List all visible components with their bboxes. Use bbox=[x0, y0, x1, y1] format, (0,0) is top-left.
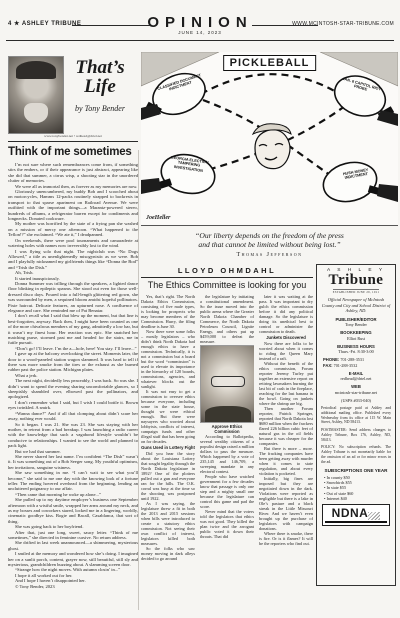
article-body: Yes, that’s right. The North Dakota Ethi… bbox=[141, 294, 313, 614]
column-rule bbox=[8, 141, 138, 142]
hours-value: Thurs.-Fri. 8:30-3:00 bbox=[321, 349, 391, 354]
body-paragraph: So it began. I was 21. She was 23. She w… bbox=[8, 422, 138, 449]
column-title-line1: That’s bbox=[62, 58, 138, 77]
web-address: mcintosh-star-tribune.net bbox=[321, 390, 391, 395]
left-column-headline: Think of me sometimes bbox=[8, 146, 140, 158]
article-paragraph: the legislature by initiating a constitu… bbox=[200, 294, 254, 344]
body-paragraph: © Tony Bender, 2023 bbox=[8, 584, 138, 589]
editorial-cartoon: PICKLEBALL Classified Document Indictmen… bbox=[141, 52, 398, 226]
lloyd-ohmdahl-photo bbox=[200, 345, 254, 423]
article-column-2: the legislature by initiating a constitu… bbox=[200, 294, 254, 614]
ndna-logo-bar bbox=[325, 521, 387, 524]
article-paragraph: But there is more – more. The fracking c… bbox=[259, 446, 313, 476]
article-subhead: Approve Ethics Commission bbox=[200, 424, 254, 434]
header-rule-right bbox=[252, 25, 318, 26]
article-paragraph: Then another Forum reporter, Patrick Spr… bbox=[259, 406, 313, 446]
body-paragraph: I’m not sure where such remembrances com… bbox=[8, 162, 138, 184]
body-paragraph: She never shared her last name. I’m conf… bbox=[8, 454, 138, 470]
ndna-logo-text: NDNA bbox=[332, 506, 369, 520]
cartoon-title: PICKLEBALL bbox=[223, 55, 317, 71]
body-paragraph: She saw something in me. “I can’t wait t… bbox=[8, 470, 138, 492]
article-paragraph: later it was waiting at the pass. It was… bbox=[259, 294, 313, 334]
subscriptions-title: SUBSCRIPTIONS ONE YEAR bbox=[321, 468, 391, 474]
body-paragraph: My mother was horrified by the state of … bbox=[8, 221, 138, 237]
phone-number: 701-288-3531 bbox=[340, 357, 364, 362]
article-paragraph: According to Ballotpedia, several wealth… bbox=[200, 434, 254, 474]
publisher-name: Tony Bender bbox=[321, 322, 391, 327]
postmaster-notice: POSTMASTER: Send address changes to Ashl… bbox=[321, 428, 391, 442]
article-paragraph: As I was saying, the legislature threw a… bbox=[141, 501, 195, 546]
body-paragraph: Donna Summer was trilling through the sp… bbox=[8, 281, 138, 313]
article-paragraph: People who have watched government for a… bbox=[200, 474, 254, 509]
glasses-graphic bbox=[211, 376, 245, 387]
tony-bender-photo bbox=[8, 56, 64, 134]
usps-number: (USPS #033-040) bbox=[321, 398, 391, 403]
subscription-rates: • In county $50• Snowbirds $55• In state… bbox=[321, 475, 391, 501]
header-divider bbox=[6, 40, 394, 41]
body-paragraph: I gave up at the balcony overlooking the… bbox=[8, 351, 138, 373]
column-divider bbox=[138, 150, 139, 610]
ndna-wing-graphic bbox=[368, 512, 380, 520]
issue-date: JUNE 14, 2023 bbox=[0, 30, 400, 35]
article-paragraph: Guns Used in Lottery Fight bbox=[141, 445, 195, 450]
body-paragraph: “Wanna dance?” And if all that clomping … bbox=[8, 411, 138, 422]
article-paragraph: Without the benefit of the ethics commis… bbox=[259, 361, 313, 406]
article-paragraph: Did you hear the story about the Louisia… bbox=[141, 451, 195, 501]
pull-quote-line2: and that cannot be limited without being… bbox=[141, 240, 398, 249]
ndna-logo: NDNA bbox=[322, 504, 390, 526]
column-title: That’s Life bbox=[62, 58, 138, 96]
pull-quote-attribution: Thomas Jefferson bbox=[141, 252, 398, 258]
body-paragraph: The next night, decidedly less peaceably… bbox=[8, 378, 138, 400]
bookkeeping-name: Elliot Rust bbox=[321, 336, 391, 341]
column-title-line2: Life bbox=[62, 77, 138, 96]
phone-label: PHONE: bbox=[323, 357, 339, 362]
article-headline: The Ethics Committee is looking for you bbox=[141, 277, 313, 290]
periodical-notice: Periodical postage paid at Ashley and ad… bbox=[321, 406, 391, 425]
beard-graphic bbox=[24, 103, 48, 123]
masthead-established: ESTABLISHED JUNE 29, 1911 bbox=[333, 289, 380, 294]
body-paragraph: I don’t recall what I said that blew up … bbox=[8, 313, 138, 345]
article-paragraph: So the folks who saw money moving in dar… bbox=[141, 546, 195, 561]
article-column-1: Yes, that’s right. The North Dakota Ethi… bbox=[141, 294, 195, 614]
fax-number: 701-288-3532 bbox=[334, 363, 358, 368]
column-byline: by Tony Bender bbox=[62, 104, 138, 113]
article-paragraph: It was not easy to get a commission to o… bbox=[141, 389, 195, 444]
column-contact-line: www.tonybender.net • redhead@drtel.net bbox=[8, 134, 138, 138]
suit-graphic bbox=[205, 406, 251, 422]
article-paragraph: Initially, big fines are imposed but the… bbox=[259, 476, 313, 531]
article-paragraph: Where there is smoke, there is fire. Or … bbox=[259, 531, 313, 546]
fax-row: FAX: 701-288-3532 bbox=[321, 363, 391, 368]
cartoon-art bbox=[141, 52, 398, 225]
header-rule-left bbox=[72, 25, 150, 26]
newspaper-opinion-page: 4 ★ ASHLEY TRIBUNE OPINION JUNE 14, 2023… bbox=[0, 0, 400, 618]
body-paragraph: She pulled up to my daytime employer’s b… bbox=[8, 497, 138, 524]
masthead-box: A S H L E Y Tribune ESTABLISHED JUNE 29,… bbox=[316, 264, 396, 586]
pull-quote: “Our liberty depends on the freedom of t… bbox=[141, 231, 398, 250]
article-byline: LLOYD OHMDAHL bbox=[141, 266, 313, 275]
article-paragraph: Yes, that’s right. The North Dakota Ethi… bbox=[141, 294, 195, 329]
subscription-rate: • Internet $40 bbox=[324, 496, 391, 501]
article-paragraph: Now there are folks to be worried about … bbox=[259, 341, 313, 361]
body-paragraph: I don’t remember what I said, but I wish… bbox=[8, 400, 138, 411]
body-paragraph: After that, just one long, sweet, saucy … bbox=[8, 530, 138, 541]
website-url: WWW.MCINTOSH-STAR-TRIBUNE.COM bbox=[292, 21, 394, 27]
body-paragraph: On weekends, there were pool tournaments… bbox=[8, 238, 138, 249]
cartoonist-signature: JoeHeller bbox=[146, 215, 170, 221]
article-paragraph: Never mind that the voters told the legi… bbox=[200, 509, 254, 539]
left-column-body: I’m not sure where such remembrances com… bbox=[8, 162, 138, 610]
masthead-official-newspaper: Official Newspaper of McIntosh County an… bbox=[321, 297, 391, 314]
article-paragraph: Junkets Discovered bbox=[259, 335, 313, 340]
body-paragraph: She drifted in last week unannounced—a s… bbox=[8, 540, 138, 551]
body-paragraph: I smiled at the memory and wondered how … bbox=[8, 551, 138, 567]
masthead-nameplate: Tribune bbox=[321, 272, 391, 289]
article-paragraph: Now there were some folks – mostly legis… bbox=[141, 329, 195, 389]
pull-quote-line1: “Our liberty depends on the freedom of t… bbox=[141, 231, 398, 240]
body-paragraph: Gloriously unencumbered, my buddy Bob an… bbox=[8, 189, 138, 221]
policy-notice: POLICY: No subscription refunds. The Ash… bbox=[321, 445, 391, 464]
fax-label: FAX: bbox=[323, 363, 333, 368]
email-address: redhead@drtel.net bbox=[321, 376, 391, 381]
beret-graphic bbox=[16, 61, 56, 79]
article-column-3: later it was waiting at the pass. It was… bbox=[259, 294, 313, 614]
body-paragraph: I was flying solo that night. The nightc… bbox=[8, 249, 138, 271]
